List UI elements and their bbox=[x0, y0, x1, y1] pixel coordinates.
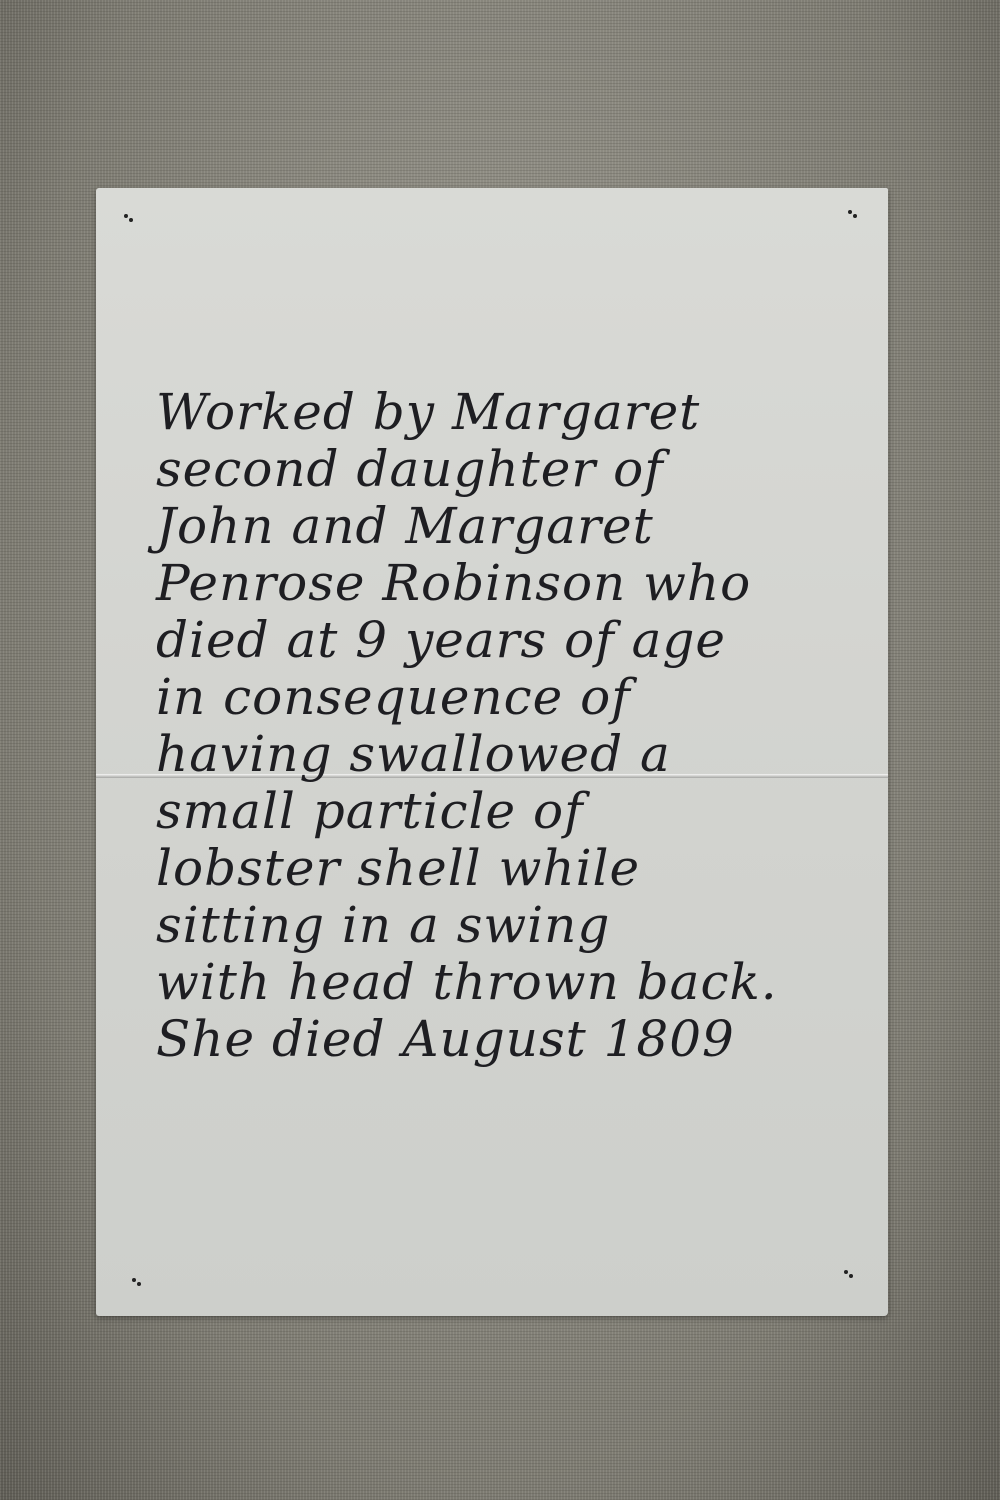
text-line: with head thrown back. bbox=[156, 954, 886, 1011]
pin-hole-mark bbox=[132, 1278, 142, 1286]
pin-hole-mark bbox=[844, 1270, 854, 1278]
handwritten-note-paper: Worked by Margaret second daughter of Jo… bbox=[96, 188, 888, 1316]
text-line: Worked by Margaret bbox=[156, 384, 886, 441]
text-line: lobster shell while bbox=[156, 840, 886, 897]
text-line: second daughter of bbox=[156, 441, 886, 498]
text-line: small particle of bbox=[156, 783, 886, 840]
text-line: John and Margaret bbox=[156, 498, 886, 555]
pin-hole-mark bbox=[848, 210, 858, 218]
text-line: in consequence of bbox=[156, 669, 886, 726]
text-line: She died August 1809 bbox=[156, 1011, 886, 1068]
text-line: Penrose Robinson who bbox=[156, 555, 886, 612]
text-line: sitting in a swing bbox=[156, 897, 886, 954]
pin-hole-mark bbox=[124, 214, 134, 222]
text-line: died at 9 years of age bbox=[156, 612, 886, 669]
text-line: having swallowed a bbox=[156, 726, 886, 783]
handwritten-text: Worked by Margaret second daughter of Jo… bbox=[156, 384, 886, 1068]
